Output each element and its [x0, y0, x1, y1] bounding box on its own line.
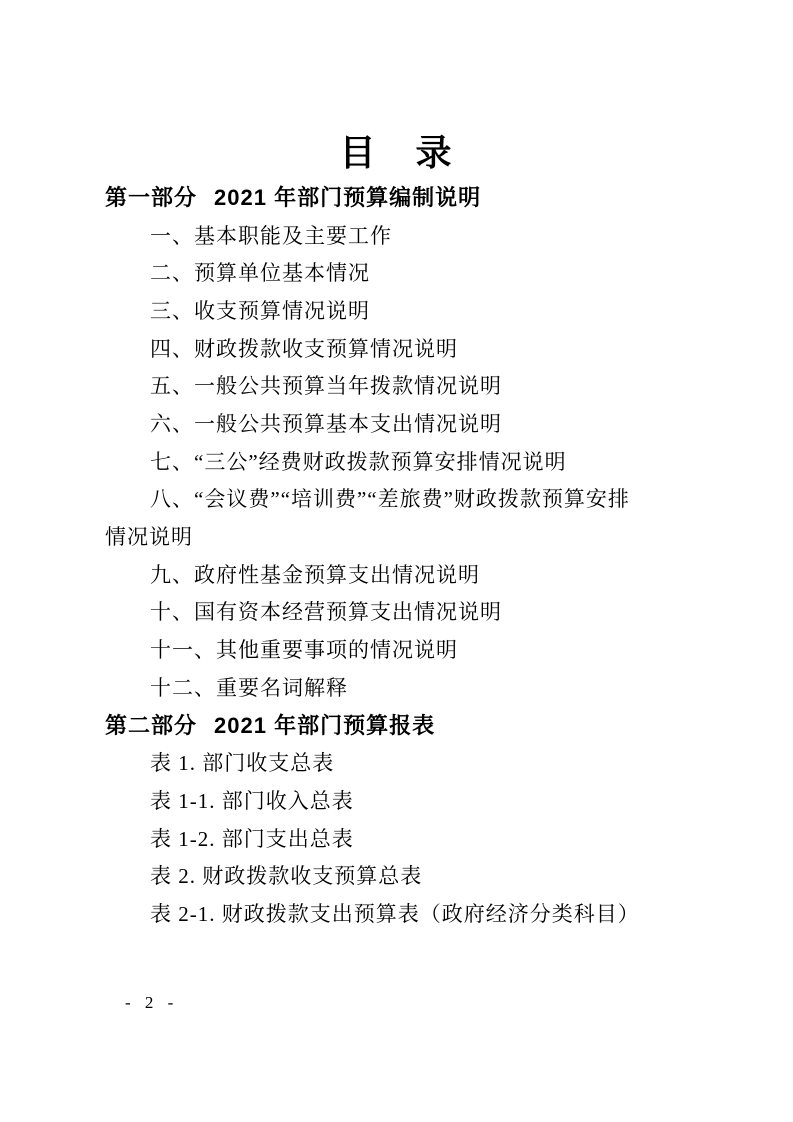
toc-item-12: 十二、重要名词解释 [105, 668, 690, 706]
toc-content: 第一部分 2021 年部门预算编制说明 一、基本职能及主要工作 二、预算单位基本… [105, 178, 690, 932]
part1-heading: 第一部分 2021 年部门预算编制说明 [105, 178, 690, 216]
toc-table-1: 表 1. 部门收支总表 [105, 743, 690, 781]
toc-item-11: 十一、其他重要事项的情况说明 [105, 630, 690, 668]
part2-label: 第二部分 [105, 709, 197, 740]
part2-heading: 第二部分 2021 年部门预算报表 [105, 706, 690, 744]
toc-item-8-continuation: 情况说明 [105, 517, 690, 555]
toc-item-9: 九、政府性基金预算支出情况说明 [105, 555, 690, 593]
page-title: 目 录 [0, 0, 793, 130]
page-number: - 2 - [125, 993, 178, 1013]
toc-item-6: 六、一般公共预算基本支出情况说明 [105, 404, 690, 442]
part1-label: 第一部分 [105, 181, 197, 212]
part1-title: 2021 年部门预算编制说明 [214, 181, 481, 212]
toc-table-2-1: 表 2-1. 财政拨款支出预算表（政府经济分类科目） [105, 894, 690, 932]
toc-item-7: 七、“三公”经费财政拨款预算安排情况说明 [105, 442, 690, 480]
toc-table-1-2: 表 1-2. 部门支出总表 [105, 819, 690, 857]
toc-item-3: 三、收支预算情况说明 [105, 291, 690, 329]
part2-title: 2021 年部门预算报表 [214, 709, 435, 740]
toc-item-2: 二、预算单位基本情况 [105, 253, 690, 291]
toc-item-1: 一、基本职能及主要工作 [105, 216, 690, 254]
toc-table-2: 表 2. 财政拨款收支预算总表 [105, 856, 690, 894]
toc-item-5: 五、一般公共预算当年拨款情况说明 [105, 366, 690, 404]
toc-item-10: 十、国有资本经营预算支出情况说明 [105, 593, 690, 631]
toc-table-1-1: 表 1-1. 部门收入总表 [105, 781, 690, 819]
toc-item-4: 四、财政拨款收支预算情况说明 [105, 329, 690, 367]
toc-item-8: 八、“会议费”“培训费”“差旅费”财政拨款预算安排 [105, 480, 690, 518]
document-page: 目 录 第一部分 2021 年部门预算编制说明 一、基本职能及主要工作 二、预算… [0, 0, 793, 1122]
